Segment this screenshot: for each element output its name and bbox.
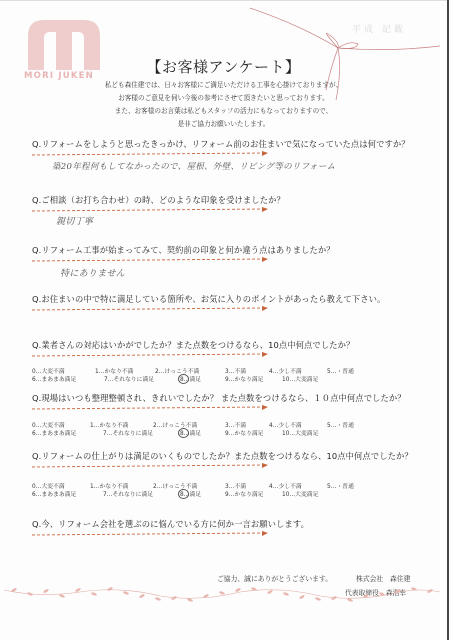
question-advice: Q.今、リフォーム会社を選ぶのに悩んでいる方に何か一言お願いします。 bbox=[32, 518, 309, 530]
intro-line: 是非ご協力お願いいたします。 bbox=[0, 118, 447, 131]
intro-line: 私ども森住建では、日々お客様にご満足いただける工事を心掛けておりますが、 bbox=[0, 79, 447, 92]
scale-option-9[interactable]: 9…かなり満足 bbox=[225, 428, 263, 437]
intro-line: また、お客様のお言葉は私どもスタッフの活力にもなっておりますので、 bbox=[0, 105, 447, 118]
question-staff-response: Q.業者さんの対応はいかがでしたか？また点数をつけるなら、10点中何点でしたか？ bbox=[32, 339, 354, 351]
scale-option-9[interactable]: 9…かなり満足 bbox=[225, 374, 263, 383]
question-consultation: Q.ご相談（お打ち合わせ）の時、どのような印象を受けましたか？ bbox=[32, 194, 285, 206]
scale-option-7[interactable]: 7…それなりに満足 bbox=[103, 489, 153, 498]
page-right-edge bbox=[447, 0, 449, 640]
question-construction-start: Q.リフォーム工事が始まってみて、契約前の印象と何か違う点はありましたか？ bbox=[32, 244, 335, 256]
dashed-underline-icon bbox=[32, 306, 268, 312]
selected-circle-icon bbox=[178, 489, 189, 499]
footer-company: 株式会社 森住建 bbox=[356, 573, 410, 583]
scale-option-7[interactable]: 7…それなりに満足 bbox=[104, 374, 154, 383]
dashed-underline-icon bbox=[32, 352, 268, 358]
scale-option-10[interactable]: 10…大変満足 bbox=[282, 489, 318, 498]
dashed-underline-icon bbox=[32, 463, 268, 469]
scale-option-10[interactable]: 10…大変満足 bbox=[282, 374, 318, 383]
page-title: 【お客様アンケート】 bbox=[0, 56, 447, 77]
scale-option-6[interactable]: 6…まあまあ満足 bbox=[32, 489, 76, 498]
footer-thanks: ご協力、誠にありがとうございます。 bbox=[217, 573, 332, 583]
answer-handwritten: 特にありません bbox=[60, 266, 125, 279]
scale-option-7[interactable]: 7…それなりに満足 bbox=[103, 428, 153, 437]
scale-option-10[interactable]: 10…大変満足 bbox=[282, 428, 318, 437]
questionnaire-page: MORI JUKEN 平成 記載 【お客様アンケート】 私ども森住建では、日々お… bbox=[0, 0, 452, 640]
scale-option-9[interactable]: 9…かなり満足 bbox=[225, 489, 263, 498]
answer-handwritten: 築20年程何もしてなかったので、屋根、外壁、リビング等のリフォーム bbox=[52, 160, 335, 172]
selected-circle-icon bbox=[178, 374, 189, 384]
question-trigger: Q.リフォームをしようと思ったきっかけ、リフォーム前のお住まいで気になっていた点… bbox=[32, 138, 410, 150]
selected-circle-icon bbox=[178, 428, 189, 438]
rating-scale: 0…大変不満 1…かなり不満 2…けっこう不満 3…不満 4…少し不満 5…・普… bbox=[32, 420, 362, 436]
rating-scale: 0…大変不満 1…かなり不満 2…けっこう不満 3…不満 4…少し不満 5…・普… bbox=[32, 366, 362, 382]
dashed-underline-icon bbox=[32, 207, 268, 213]
answer-handwritten: 親切丁寧 bbox=[56, 214, 93, 227]
scale-option-8-selected[interactable]: 8…満足 bbox=[180, 428, 201, 437]
intro-line: お客様のご意見を伺い今後の参考にさせて頂きたいと思っております。 bbox=[0, 92, 447, 105]
page-top-edge bbox=[0, 0, 447, 1]
dashed-underline-icon bbox=[32, 531, 268, 537]
question-site-cleanliness: Q.現場はいつも整理整頓され、きれいでしたか？ また点数をつけるなら、１０点中何… bbox=[32, 392, 406, 404]
intro-text: 私ども森住建では、日々お客様にご満足いただける工事を心掛けておりますが、 お客様… bbox=[0, 79, 447, 131]
rating-scale: 0…大変不満 1…かなり不満 2…けっこう不満 3…不満 4…少し不満 5…・普… bbox=[32, 481, 362, 497]
scale-option-6[interactable]: 6…まあまあ満足 bbox=[32, 374, 76, 383]
faint-date-stamp: 平成 記載 bbox=[352, 22, 406, 35]
scale-option-8-selected[interactable]: 8…満足 bbox=[180, 374, 201, 383]
leaf-vine-decoration-icon bbox=[0, 584, 447, 608]
dashed-underline-icon bbox=[32, 257, 268, 263]
scale-option-6[interactable]: 6…まあまあ満足 bbox=[32, 428, 76, 437]
dashed-underline-icon bbox=[32, 151, 268, 157]
scale-option-8-selected[interactable]: 8…満足 bbox=[180, 489, 201, 498]
question-favorite-point: Q.お住まいの中で特に満足している箇所や、お気に入りのポイントがあったら教えて下… bbox=[32, 293, 385, 305]
question-finish-quality: Q.リフォームの仕上がりは満足のいくものでしたか？また点数をつけるなら、10点中… bbox=[32, 450, 413, 462]
dashed-underline-icon bbox=[32, 405, 268, 411]
